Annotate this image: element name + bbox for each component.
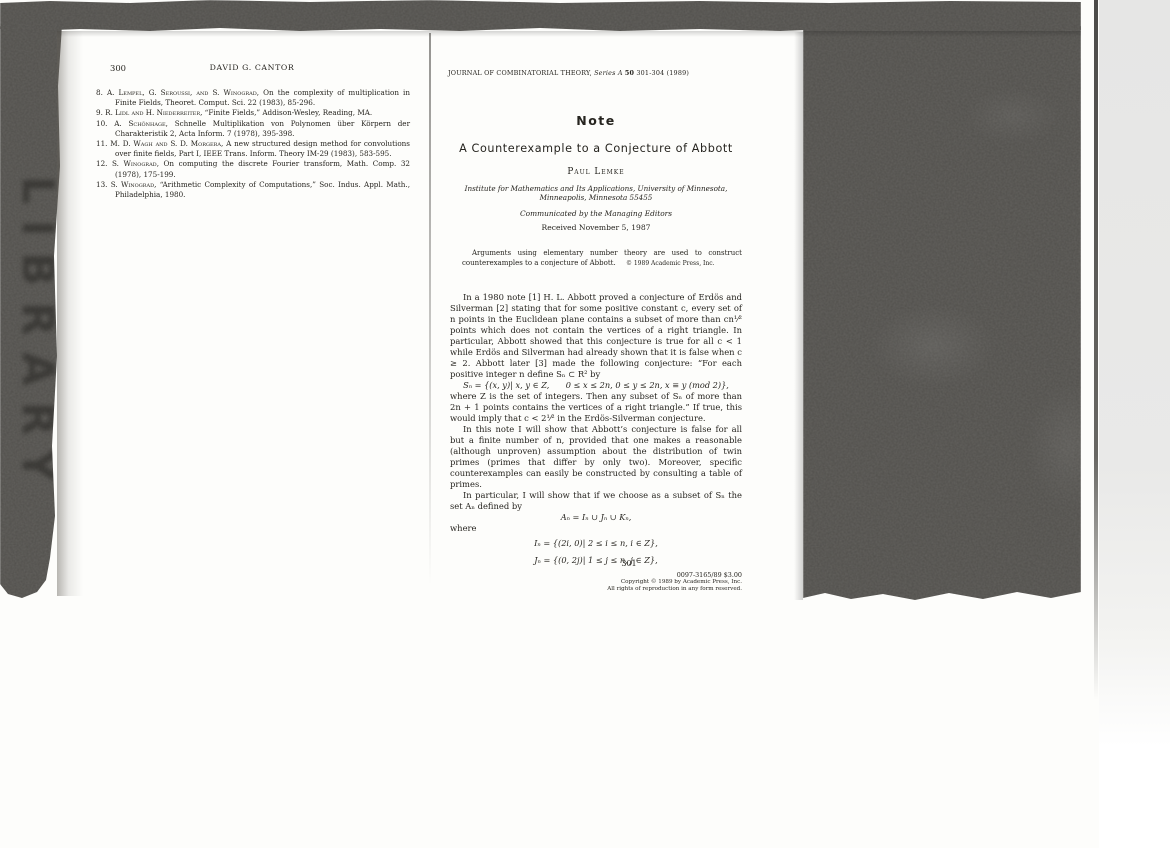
page-curve-shadow (57, 31, 83, 596)
journal-pages: 301-304 (1989) (634, 69, 689, 77)
affiliation-line-1: Institute for Mathematics and Its Applic… (436, 184, 756, 193)
rights-line: All rights of reproduction in any form r… (500, 586, 742, 593)
reference-text: “Finite Fields,” Addison-Wesley, Reading… (202, 108, 372, 117)
abstract-copyright: © 1989 Academic Press, Inc. (626, 260, 715, 267)
page-top-shadow (57, 31, 1081, 37)
reference-authors: M. D. Wagh and S. D. Morgera, (110, 139, 223, 148)
journal-volume: 50 (625, 69, 634, 77)
equation-jn: Jₙ = {(0, 2j)| 1 ≤ j ≤ n, j ∈ Z}, (450, 555, 742, 566)
issn-price-line: 0097-3165/89 $3.00 (500, 571, 742, 579)
affiliation-line-2: Minneapolis, Minnesota 55455 (436, 193, 756, 202)
reference-item: 11. M. D. Wagh and S. D. Morgera, A new … (96, 139, 410, 159)
left-page-header: 300 DAVID G. CANTOR (96, 63, 408, 75)
abstract: Arguments using elementary number theory… (462, 249, 742, 269)
copyright-line: Copyright © 1989 by Academic Press, Inc. (500, 579, 742, 586)
reference-item: 12. S. Winograd, On computing the discre… (96, 159, 410, 179)
equation-sn: Sₙ = {(x, y)| x, y ∈ Z, 0 ≤ x ≤ 2n, 0 ≤ … (450, 380, 742, 391)
right-page-number: 301 (599, 559, 659, 568)
journal-title: JOURNAL OF COMBINATORIAL THEORY, (448, 69, 592, 77)
copyright-footer: 0097-3165/89 $3.00 Copyright © 1989 by A… (500, 571, 742, 593)
reference-authors: A. Schönhage, (114, 119, 168, 128)
running-head: DAVID G. CANTOR (96, 63, 408, 72)
author-affiliation: Institute for Mathematics and Its Applic… (436, 184, 756, 203)
reference-text: “Arithmetic Complexity of Computations,”… (115, 180, 410, 199)
paragraph-2: where Z is the set of integers. Then any… (450, 391, 742, 424)
article-title: A Counterexample to a Conjecture of Abbo… (430, 142, 762, 155)
left-page-number: 300 (110, 63, 126, 73)
spine-embossed-text: LIBRARY (12, 176, 63, 616)
paragraph-1: In a 1980 note [1] H. L. Abbott proved a… (450, 292, 742, 380)
paragraph-3: In this note I will show that Abbott’s c… (450, 424, 742, 490)
reference-authors: S. Winograd, (112, 159, 159, 168)
journal-header-line: JOURNAL OF COMBINATORIAL THEORY, Series … (448, 69, 689, 77)
paragraph-4: In particular, I will show that if we ch… (450, 490, 742, 512)
reference-authors: A. Lempel, G. Seroussi, and S. Winograd, (107, 88, 259, 97)
equation-an: Aₙ = Iₙ ∪ Jₙ ∪ Kₙ, (450, 512, 742, 523)
reference-number: 10. (96, 119, 107, 128)
article-body: In a 1980 note [1] H. L. Abbott proved a… (450, 292, 742, 566)
section-label: Note (450, 113, 742, 128)
reference-text: On computing the discrete Fourier transf… (115, 159, 410, 178)
reference-item: 13. S. Winograd, “Arithmetic Complexity … (96, 180, 410, 200)
page-right-edge-shadow (794, 32, 803, 600)
reference-number: 11. (96, 139, 107, 148)
reference-number: 8. (96, 88, 103, 97)
scan-dark-border-right (803, 26, 1081, 602)
author-name: Paul Lemke (450, 167, 742, 177)
reference-item: 10. A. Schönhage, Schnelle Multiplikatio… (96, 119, 410, 139)
reference-authors: R. Lidl and H. Niederreiter, (105, 108, 202, 117)
reference-item: 8. A. Lempel, G. Seroussi, and S. Winogr… (96, 88, 410, 108)
scan-dark-border-left: LIBRARY (0, 26, 62, 600)
page-gutter-line (429, 33, 431, 585)
journal-series: Series A (592, 69, 625, 77)
reference-list: 8. A. Lempel, G. Seroussi, and S. Winogr… (96, 88, 410, 200)
scan-grain-texture (803, 26, 1081, 602)
scanned-book-spread: LIBRARY 300 DAVID G. CANTOR 8. A. Lempel… (0, 0, 1170, 848)
reference-number: 9. (96, 108, 103, 117)
communicated-line: Communicated by the Managing Editors (450, 209, 742, 218)
equation-in: Iₙ = {(2i, 0)| 2 ≤ i ≤ n, i ∈ Z}, (450, 538, 742, 549)
reference-number: 13. (96, 180, 107, 189)
reference-authors: S. Winograd, (111, 180, 157, 189)
reference-number: 12. (96, 159, 107, 168)
where-label: where (450, 523, 742, 534)
scanner-bed-strip (1099, 0, 1170, 848)
page-edge-line (1094, 0, 1098, 700)
reference-item: 9. R. Lidl and H. Niederreiter, “Finite … (96, 108, 410, 118)
received-line: Received November 5, 1987 (450, 223, 742, 232)
